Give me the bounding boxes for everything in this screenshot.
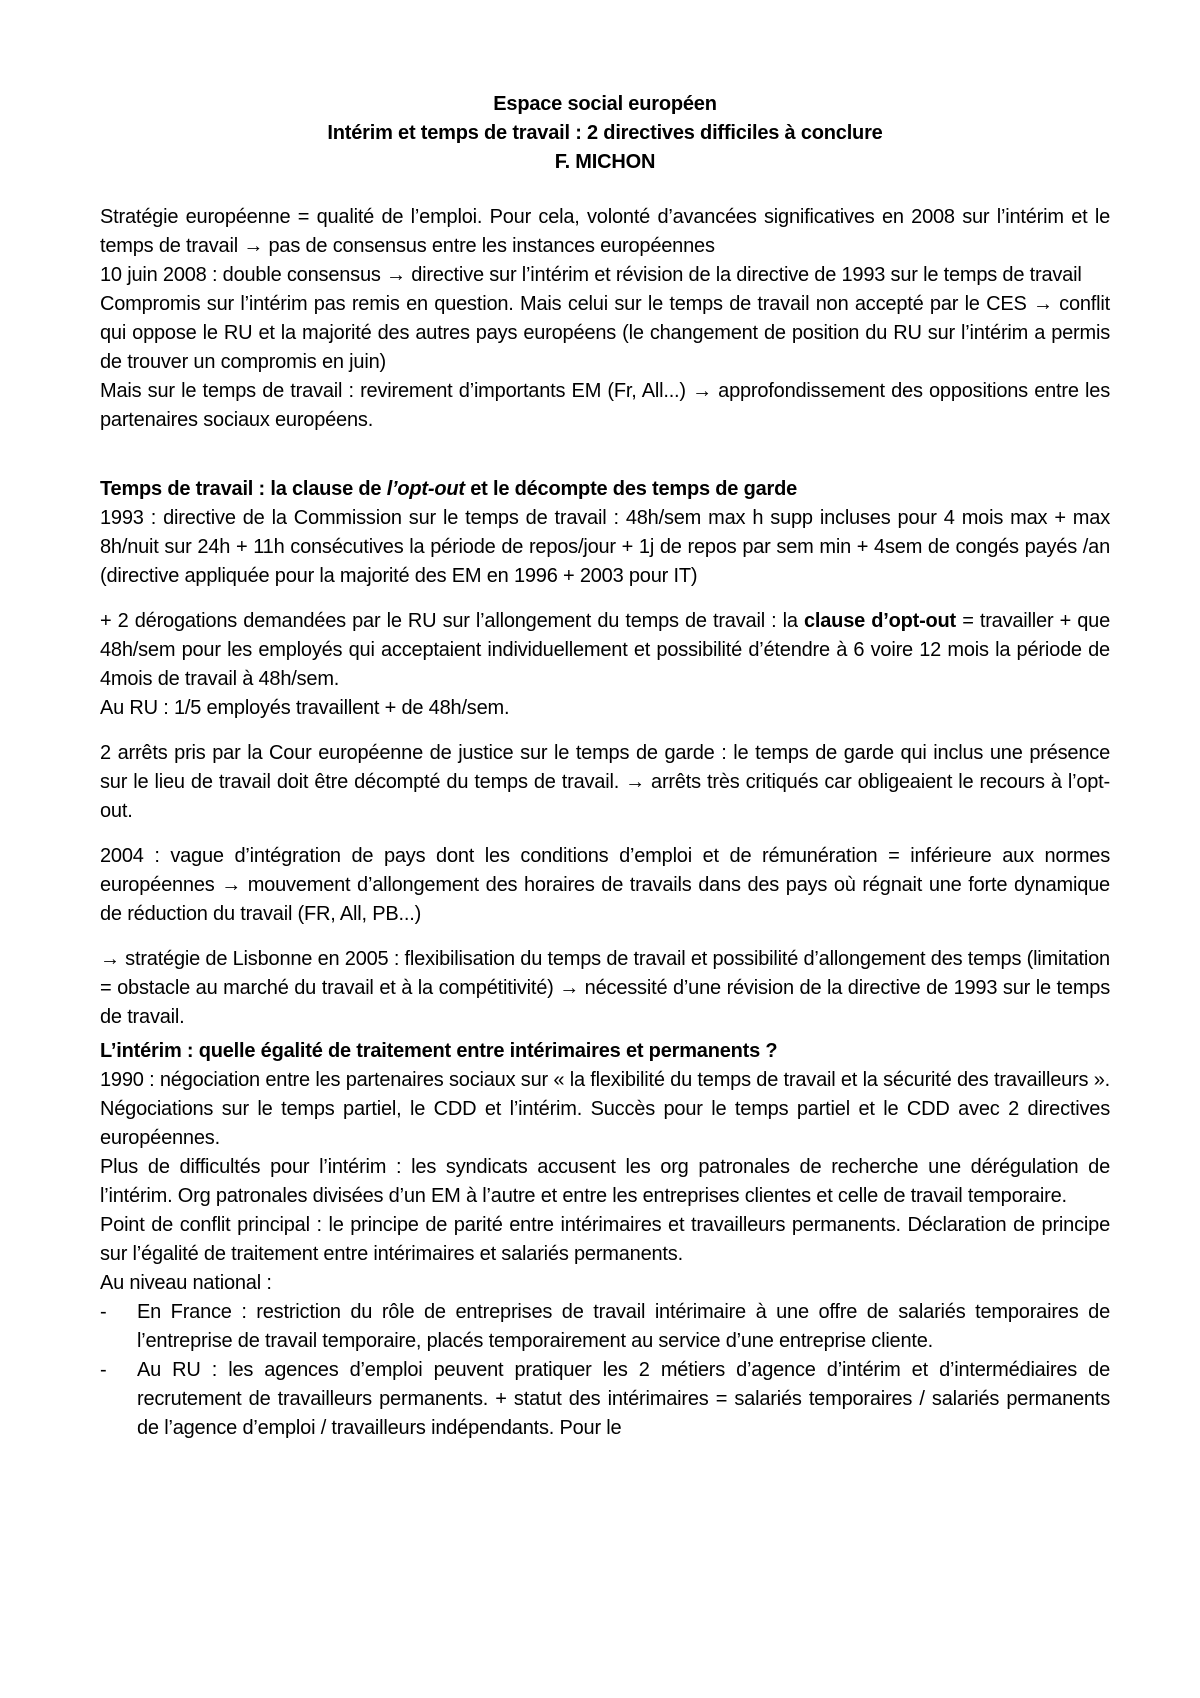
paragraph-compromis: Compromis sur l’intérim pas remis en que…: [100, 290, 1110, 377]
paragraph-lisbonne: → stratégie de Lisbonne en 2005 : flexib…: [100, 945, 1110, 1032]
derogations-run-pre: + 2 dérogations demandées par le RU sur …: [100, 610, 804, 632]
paragraph-difficultes: Plus de difficultés pour l’intérim : les…: [100, 1153, 1110, 1211]
heading-run-post: et le décompte des temps de garde: [465, 478, 797, 500]
section-heading-interim: L’intérim : quelle égalité de traitement…: [100, 1037, 1110, 1066]
paragraph-strategie: Stratégie européenne = qualité de l’empl…: [100, 203, 1110, 261]
bullet-marker: -: [100, 1298, 106, 1327]
paragraph-2004: 2004 : vague d’intégration de pays dont …: [100, 842, 1110, 929]
heading-run-pre: Temps de travail : la clause de: [100, 478, 387, 500]
list-item-france: - En France : restriction du rôle de ent…: [100, 1298, 1110, 1356]
section-temps-de-travail: Temps de travail : la clause de l’opt-ou…: [100, 475, 1110, 1032]
document-author: F. MICHON: [100, 148, 1110, 177]
bullet-marker: -: [100, 1356, 106, 1385]
document-page: Espace social européen Intérim et temps …: [0, 0, 1200, 1698]
heading-run-opt-out: l’opt-out: [387, 478, 465, 500]
paragraph-1993: 1993 : directive de la Commission sur le…: [100, 504, 1110, 591]
paragraph-revirement: Mais sur le temps de travail : reviremen…: [100, 377, 1110, 435]
paragraph-1990: 1990 : négociation entre les partenaires…: [100, 1066, 1110, 1153]
section-heading-temps-de-travail: Temps de travail : la clause de l’opt-ou…: [100, 475, 1110, 504]
paragraph-arrets: 2 arrêts pris par la Cour européenne de …: [100, 739, 1110, 826]
document-title: Espace social européen: [100, 90, 1110, 119]
paragraph-au-niveau-national: Au niveau national :: [100, 1269, 1110, 1298]
derogations-run-opt-out: clause d’opt-out: [804, 610, 956, 632]
list-item-ru: - Au RU : les agences d’emploi peuvent p…: [100, 1356, 1110, 1443]
paragraph-derogations: + 2 dérogations demandées par le RU sur …: [100, 607, 1110, 694]
section-interim: L’intérim : quelle égalité de traitement…: [100, 1037, 1110, 1443]
bullet-text-france: En France : restriction du rôle de entre…: [137, 1301, 1110, 1352]
document-subtitle: Intérim et temps de travail : 2 directiv…: [100, 119, 1110, 148]
paragraph-conflit: Point de conflit principal : le principe…: [100, 1211, 1110, 1269]
intro-section: Stratégie européenne = qualité de l’empl…: [100, 203, 1110, 435]
paragraph-au-ru: Au RU : 1/5 employés travaillent + de 48…: [100, 694, 1110, 723]
paragraph-10-juin: 10 juin 2008 : double consensus → direct…: [100, 261, 1110, 290]
bullet-text-ru: Au RU : les agences d’emploi peuvent pra…: [137, 1359, 1110, 1439]
document-header: Espace social européen Intérim et temps …: [100, 90, 1110, 177]
